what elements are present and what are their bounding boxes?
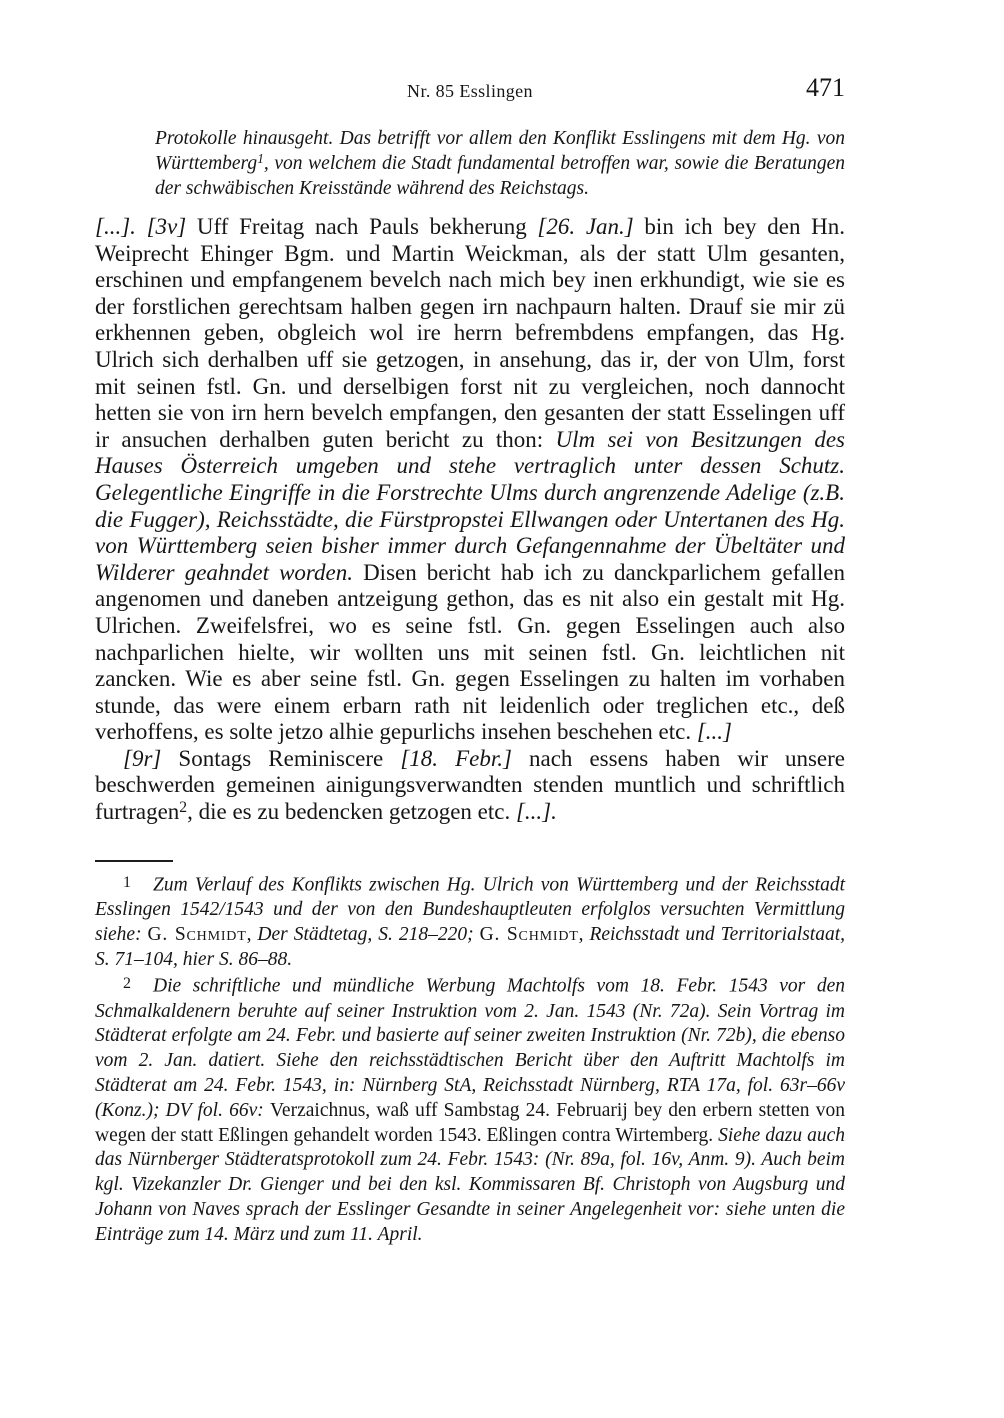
footnote-1: 1Zum Verlauf des Konflikts zwischen Hg. … [95,871,845,973]
page-number: 471 [806,73,845,103]
footnote-2-marker: 2 [123,975,131,992]
text-segment: [...]. [516,799,557,824]
body-paragraph-2: [9r] Sontags Reminiscere [18. Febr.] nac… [95,746,845,826]
editorial-summary-note: Protokolle hinausgeht. Das betrifft vor … [155,126,845,201]
book-page: Nr. 85 Esslingen 471 Protokolle hinausge… [0,0,1004,1418]
text-segment: G. Schmidt [148,924,247,945]
footnote-2: 2Die schriftliche und mündliche Werbung … [95,972,845,1247]
text-segment: Disen bericht hab ich zu danckparlichem … [95,560,845,745]
text-segment: [...] [697,719,732,744]
text-segment: Uff Freitag nach Pauls bekherung [186,214,537,239]
text-segment: 2 [179,799,187,816]
running-title: Nr. 85 Esslingen [95,80,845,102]
text-segment: Sontags Reminiscere [161,746,400,771]
text-segment: Der Städtetag, S. 218–220; [257,924,479,945]
footnote-2-text: Die schriftliche und mündliche Werbung M… [95,976,845,1245]
page-header: Nr. 85 Esslingen 471 [95,80,845,108]
text-segment: [9r] [123,746,161,771]
footnote-separator-rule [95,860,173,862]
text-segment: , [579,924,590,945]
text-segment: , die es zu bedencken getzogen etc. [187,799,516,824]
footnote-1-marker: 1 [123,874,131,891]
text-segment: [26. Jan.] [537,214,633,239]
body-paragraph-1: [...]. [3v] Uff Freitag nach Pauls bekhe… [95,214,845,746]
main-text: [...]. [3v] Uff Freitag nach Pauls bekhe… [95,214,845,826]
footnote-1-text: Zum Verlauf des Konflikts zwischen Hg. U… [95,874,845,969]
text-segment: G. Schmidt [480,924,579,945]
footnotes-block: 1Zum Verlauf des Konflikts zwischen Hg. … [95,871,845,1248]
text-segment: bin ich bey den Hn. Weiprecht Ehinger Bg… [95,214,845,452]
text-segment: [...]. [3v] [95,214,186,239]
text-segment: , [247,924,258,945]
text-segment: [18. Febr.] [400,746,512,771]
text-segment: 1 [257,151,264,166]
